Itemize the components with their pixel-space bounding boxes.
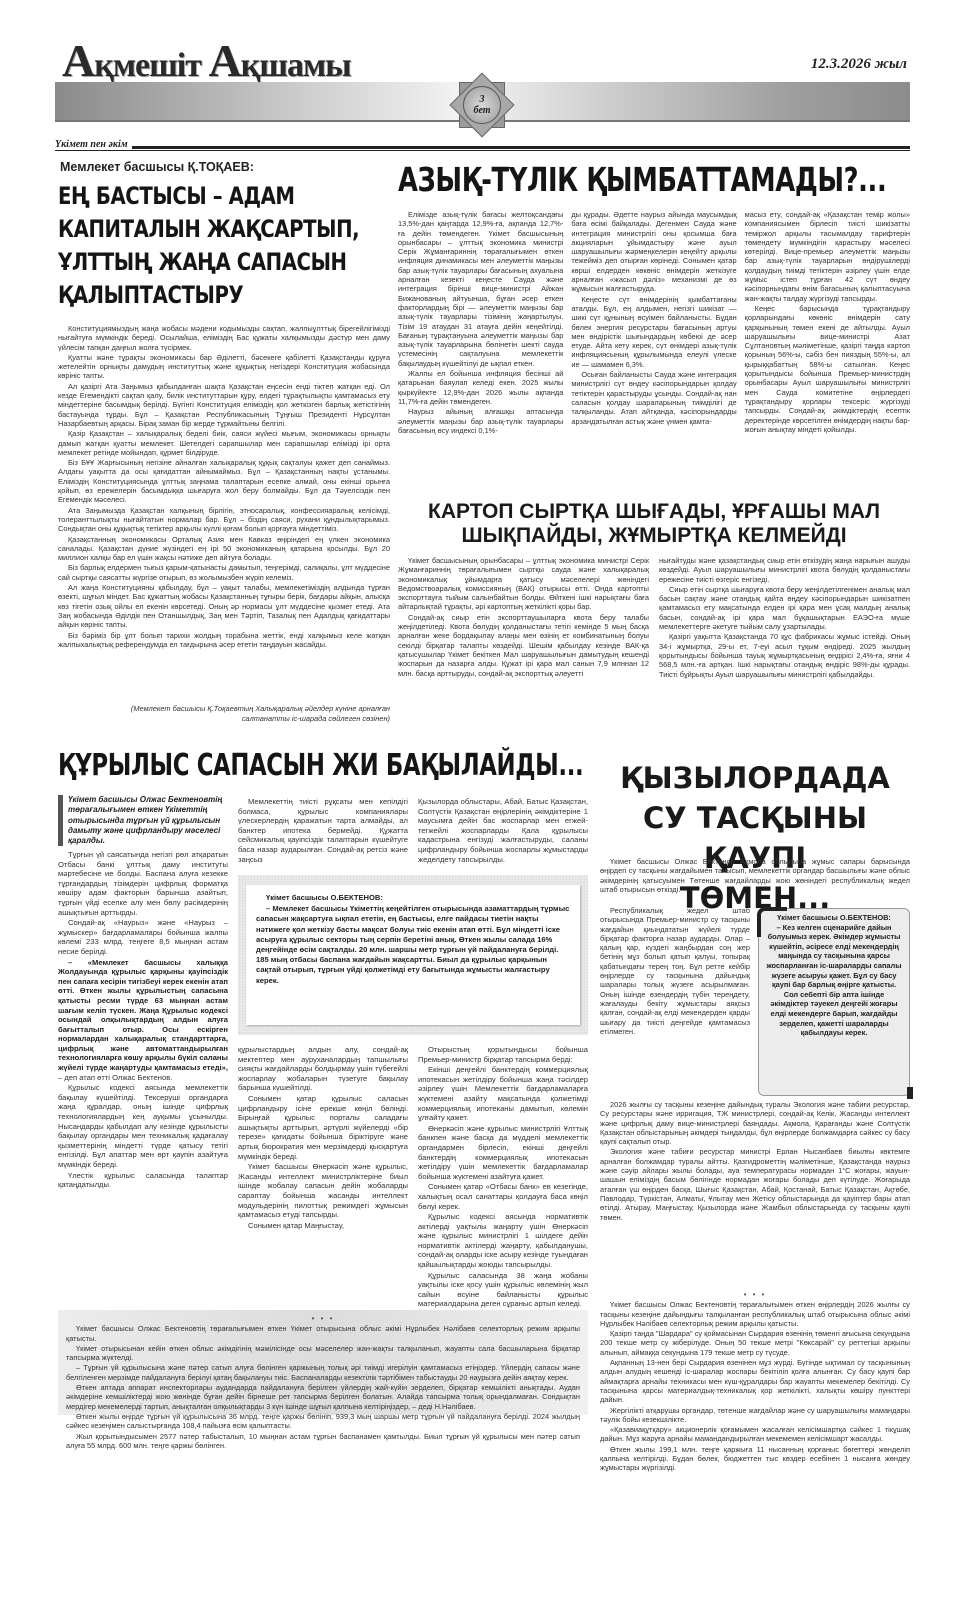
- article3-body: Үкімет басшысының орынбасары – ұлттық эк…: [398, 556, 910, 680]
- article5-pull-quote: Үкімет басшысы О.БЕКТЕНОВ: – Кез келген …: [758, 908, 910, 1096]
- article2-headline: АЗЫҚ-ТҮЛІК ҚЫМБАТТАМАДЫ?...: [398, 160, 886, 200]
- article1-body: Конституциямыздың жаңа жобасы мәдени код…: [58, 324, 390, 650]
- article1-kicker: Мемлекет басшысы Қ.ТОҚАЕВ:: [60, 163, 254, 172]
- article4-lead: Үкімет басшысы Олжас Бектеновтің төрағал…: [58, 795, 233, 846]
- article1-headline: ЕҢ БАСТЫСЫ – АДАМ КАПИТАЛЫН ЖАҚСАРТЫП, Ұ…: [58, 180, 337, 312]
- section-rule: [55, 146, 910, 151]
- article2-column: масыз ету, сондай-ақ «Қазақстан темір жо…: [745, 210, 910, 500]
- quote-author: Үкімет басшысы О.БЕКТЕНОВ:: [764, 913, 904, 923]
- article3-column: нығайтуды және қазақстандық сиыр етін өт…: [659, 556, 910, 680]
- section-label: Үкімет пен әкім: [55, 139, 132, 150]
- page-number-circle: 3 бет: [463, 86, 501, 124]
- article2-column: ды құрады. Әдетте наурыз айында маусымды…: [571, 210, 736, 500]
- article3-headline: КАРТОП СЫРТҚА ШЫҒАДЫ, ҰРҒАШЫ МАЛ ШЫҚПАЙД…: [398, 500, 910, 548]
- page-label: бет: [473, 105, 490, 116]
- quote-text: – Мемлекет басшысы Үкіметтің кеңейтілген…: [256, 904, 570, 986]
- issue-date: 12.3.2026 жыл: [811, 60, 907, 69]
- article4-column-2-continued: құрылыстардың алдын алу, сондай-ақ мекте…: [238, 1045, 408, 1231]
- article4-column-2: Мемлекеттің тиісті рұқсаты мен кепілдігі…: [238, 797, 408, 865]
- article5-regional-section: • • • Үкімет басшысы Олжас Бектеновтің т…: [600, 1290, 910, 1474]
- page-number-badge: 3 бет: [445, 68, 519, 142]
- article5-body: 2026 жылғы су тасқыны кезеңіне дайындық …: [600, 1100, 910, 1223]
- article3-column: Үкімет басшысының орынбасары – ұлттық эк…: [398, 556, 649, 680]
- article1-signature: (Мемлекет басшысы Қ.Тоқаевтың Халықаралы…: [58, 704, 390, 724]
- article4-pull-quote: Үкімет басшысы О.БЕКТЕНОВ: – Мемлекет ба…: [238, 875, 588, 1035]
- article4-column-1: Тұрғын үй саясатында негізгі рөл атқарат…: [58, 850, 228, 1191]
- separator-dots: • • •: [66, 1314, 580, 1323]
- section-header: Үкімет пен әкім: [55, 140, 910, 154]
- regional-news-box: • • • Үкімет басшысы Олжас Бектеновтің т…: [58, 1310, 588, 1415]
- article5-intro: Үкімет басшысы Олжас Бектенов Ақмола обл…: [600, 857, 910, 895]
- page-number: 3: [480, 94, 485, 105]
- separator-dots: • • •: [600, 1290, 910, 1299]
- quote-author: Үкімет басшысы О.БЕКТЕНОВ:: [256, 893, 570, 903]
- article4-headline: ҚҰРЫЛЫС САПАСЫН ЖИ БАҚЫЛАЙДЫ...: [58, 748, 583, 784]
- article4-column-3: Қызылорда облыстары, Абай, Батыс Қазақст…: [418, 797, 588, 865]
- newspaper-title: Ақмешіт Ақшамы: [62, 56, 351, 70]
- article2-column: Елімізде азық-түлік бағасы желтоқсандағы…: [398, 210, 563, 500]
- article2-body: Елімізде азық-түлік бағасы желтоқсандағы…: [398, 210, 910, 500]
- article5-left-column: Республикалық жедел штаб отырысында Прем…: [600, 906, 750, 1037]
- quote-text: – Кез келген сценарийге дайын болуымыз к…: [764, 923, 904, 1038]
- pull-quote-card: Үкімет басшысы О.БЕКТЕНОВ: – Мемлекет ба…: [246, 885, 580, 1025]
